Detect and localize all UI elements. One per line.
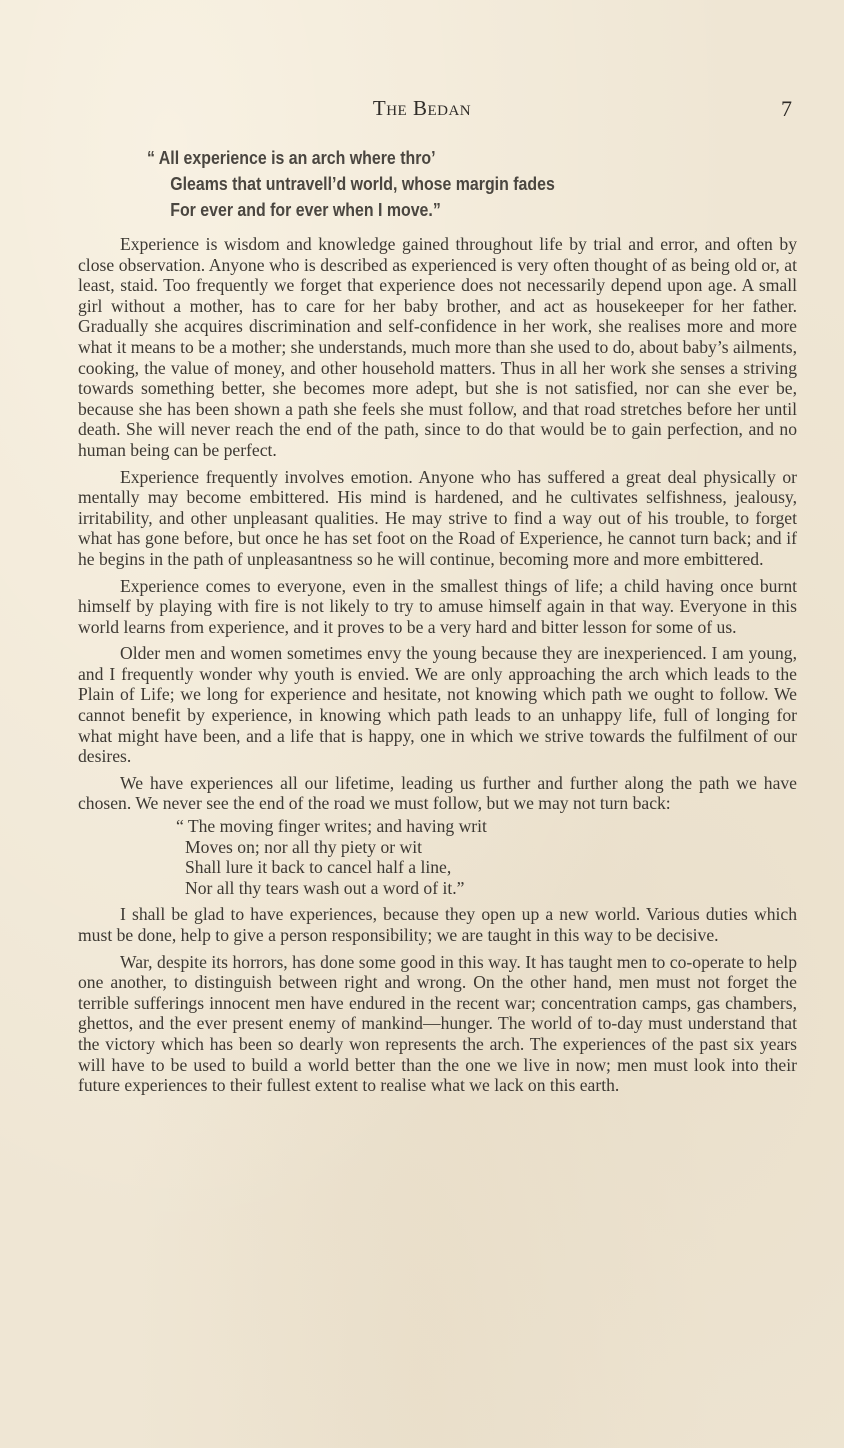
- paragraph: I shall be glad to have experiences, bec…: [78, 904, 797, 945]
- paragraph: Experience comes to everyone, even in th…: [78, 576, 797, 638]
- running-header: The Bedan 7: [0, 96, 844, 124]
- paragraph: Experience is wisdom and knowledge gaine…: [78, 234, 797, 461]
- paragraph: War, despite its horrors, has done some …: [78, 952, 797, 1096]
- page-number: 7: [781, 96, 792, 122]
- epigraph-line: “ All experience is an arch where thro’: [147, 145, 555, 171]
- verse-line: Nor all thy tears wash out a word of it.…: [176, 878, 797, 899]
- verse-line: Moves on; nor all thy piety or wit: [176, 837, 797, 858]
- epigraph-line: For ever and for ever when I move.”: [147, 197, 555, 223]
- publication-title: The Bedan: [0, 96, 844, 121]
- epigraph-line: Gleams that untravell’d world, whose mar…: [147, 171, 555, 197]
- article-body: Experience is wisdom and knowledge gaine…: [78, 234, 797, 1102]
- paragraph: Older men and women sometimes envy the y…: [78, 643, 797, 767]
- verse-quote: “ The moving finger writes; and having w…: [78, 816, 797, 898]
- document-page: The Bedan 7 “ All experience is an arch …: [0, 0, 844, 1448]
- paragraph: We have experiences all our lifetime, le…: [78, 773, 797, 814]
- epigraph-quote: “ All experience is an arch where thro’ …: [147, 145, 555, 223]
- verse-line: Shall lure it back to cancel half a line…: [176, 857, 797, 878]
- paragraph: Experience frequently involves emotion. …: [78, 467, 797, 570]
- verse-line: “ The moving finger writes; and having w…: [176, 816, 797, 837]
